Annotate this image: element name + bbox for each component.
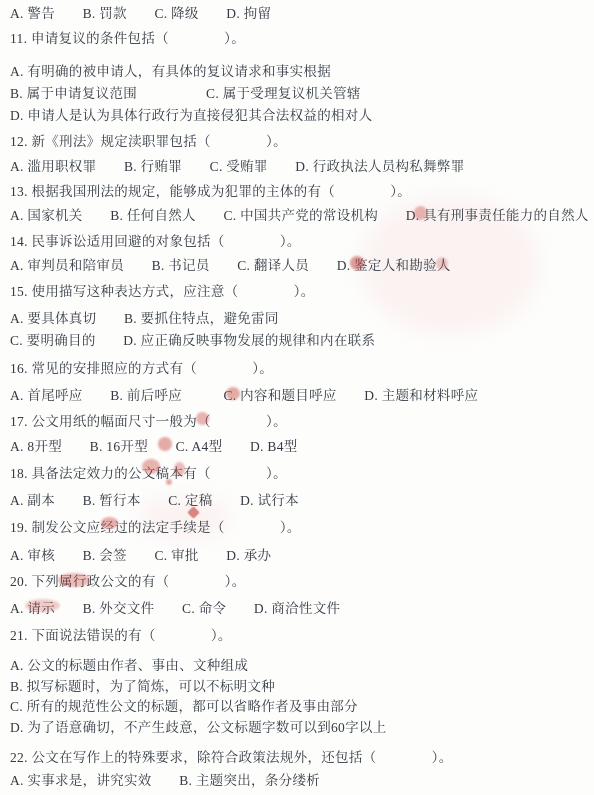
options-line-q13: A. 国家机关 B. 任何自然人 C. 中国共产党的常设机构 D. 具有刑事责任…	[10, 207, 589, 225]
options-line-q15b: C. 要明确目的 D. 应正确反映事物发展的规律和内在联系	[10, 332, 375, 350]
question-line-17: 17. 公文用纸的幅面尺寸一般为（ ）。	[10, 413, 287, 431]
options-line-q21a: A. 公文的标题由作者、事由、文种组成	[10, 657, 248, 675]
options-line-q21b: B. 拟写标题时，为了简炼，可以不标明文种	[10, 678, 275, 696]
options-line-q15a: A. 要具体真切 B. 要抓住特点，避免雷同	[10, 310, 279, 328]
question-line-16: 16. 常见的安排照应的方式有（ ）。	[10, 360, 273, 378]
question-line-12: 12. 新《刑法》规定渎职罪包括（ ）。	[10, 133, 287, 151]
question-line-11: 11. 申请复议的条件包括（ ）。	[10, 30, 245, 48]
question-line-20: 20. 下列属行政公文的有（ ）。	[10, 573, 246, 591]
options-line-q10: A. 警告 B. 罚款 C. 降级 D. 拘留	[10, 5, 271, 23]
options-line-q14: A. 审判员和陪审员 B. 书记员 C. 翻译人员 D. 鉴定人和勘验人	[10, 257, 451, 275]
options-line-q16: A. 首尾呼应 B. 前后呼应 C. 内容和题目呼应 D. 主题和材料呼应	[10, 387, 478, 405]
options-line-q22: A. 实事求是，讲究实效 B. 主题突出，条分缕析	[10, 772, 320, 790]
scanned-exam-page: A. 警告 B. 罚款 C. 降级 D. 拘留 11. 申请复议的条件包括（ ）…	[0, 0, 594, 795]
options-line-q11a: A. 有明确的被申请人，有具体的复议请求和事实根据	[10, 63, 331, 81]
question-line-19: 19. 制发公文应经过的法定手续是（ ）。	[10, 519, 301, 537]
options-line-q18: A. 副本 B. 暂行本 C. 定稿 D. 试行本	[10, 492, 299, 510]
options-line-q20: A. 请示 B. 外交文件 C. 命令 D. 商洽性文件	[10, 600, 340, 618]
options-line-q11b: B. 属于申请复议范围 C. 属于受理复议机关管辖	[10, 85, 361, 103]
options-line-q11c: D. 申请人是认为具体行政行为直接侵犯其合法权益的相对人	[10, 107, 372, 125]
options-line-q12: A. 滥用职权罪 B. 行贿罪 C. 受贿罪 D. 行政执法人员构私舞弊罪	[10, 158, 465, 176]
question-line-14: 14. 民事诉讼适用回避的对象包括（ ）。	[10, 233, 301, 251]
options-line-q21d: D. 为了语意确切，不产生歧意，公文标题字数可以到60字以上	[10, 719, 387, 737]
question-line-15: 15. 使用描写这种表达方式，应注意（ ）。	[10, 283, 315, 301]
question-line-22: 22. 公文在写作上的特殊要求，除符合政策法规外，还包括（ ）。	[10, 749, 453, 767]
options-line-q19: A. 审核 B. 会签 C. 审批 D. 承办	[10, 547, 271, 565]
options-line-q17: A. 8开型 B. 16开型 C. A4型 D. B4型	[10, 438, 298, 456]
options-line-q21c: C. 所有的规范性公文的标题，都可以省略作者及事由部分	[10, 698, 358, 716]
question-line-18: 18. 具备法定效力的公文稿本有（ ）。	[10, 465, 287, 483]
question-line-13: 13. 根据我国刑法的规定，能够成为犯罪的主体的有（ ）。	[10, 183, 411, 201]
question-line-21: 21. 下面说法错误的有（ ）。	[10, 627, 232, 645]
